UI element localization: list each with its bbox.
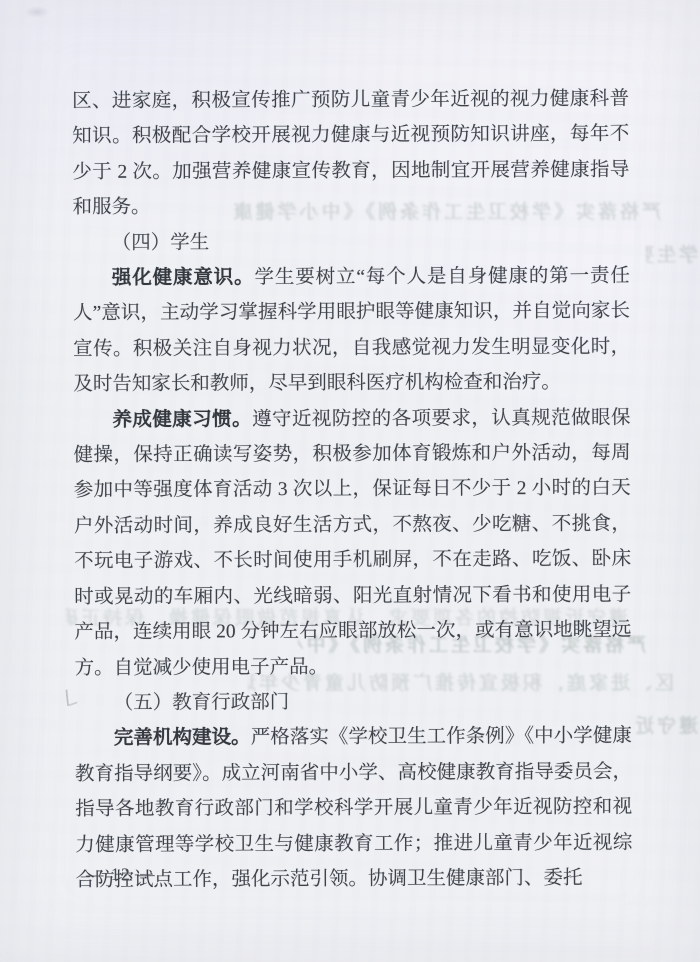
document-text-block: 区、进家庭，积极宣传推广预防儿童青少年近视的视力健康科普知识。积极配合学校开展视… (72, 82, 633, 899)
paragraph-continuation: 区、进家庭，积极宣传推广预防儿童青少年近视的视力健康科普知识。积极配合学校开展视… (72, 82, 630, 226)
paragraph-bold-lead: 完善机构建设。 (114, 728, 251, 750)
paragraph-text: 遵守近视防控的各项要求，认真规范做眼保健操，保持正确读写姿势，积极参加体育锻炼和… (74, 407, 632, 678)
scan-smudge (24, 6, 50, 18)
bleedthrough-text: 遵守近视防控的各项要求，认真规范做眼保健操，保持正确读写姿势，积极参加体育锻炼和… (636, 711, 698, 735)
paragraph-text: 严格落实《学校卫生工作条例》《中小学健康教育指导纲要》。成立河南省中小学、高校健… (75, 726, 632, 891)
bleedthrough-text: 学生要树立“每个人是自身健康的第一责任人”意识，主动学习掌握科学用眼护眼等健康知… (646, 240, 698, 264)
scanned-document-page: 严格落实《学校卫生工作条例》《中小学健康教育指导纲要》。成立河南省中小学、高校健… (0, 0, 700, 962)
page-number: — 12 — (86, 864, 156, 885)
paragraph-health-awareness: 强化健康意识。学生要树立“每个人是自身健康的第一责任人”意识，主动学习掌握科学用… (73, 259, 631, 403)
paragraph-institution-building: 完善机构建设。严格落实《学校卫生工作条例》《中小学健康教育指导纲要》。成立河南省… (75, 719, 633, 898)
paragraph-bold-lead: 强化健康意识。 (112, 267, 255, 289)
paragraph-bold-lead: 养成健康习惯。 (112, 409, 252, 431)
section-heading-five-education-authorities: （五）教育行政部门 (75, 683, 632, 721)
paragraph-healthy-habits: 养成健康习惯。遵守近视防控的各项要求，认真规范做眼保健操，保持正确读写姿势，积极… (73, 400, 631, 686)
section-heading-four-students: （四）学生 (73, 223, 630, 261)
